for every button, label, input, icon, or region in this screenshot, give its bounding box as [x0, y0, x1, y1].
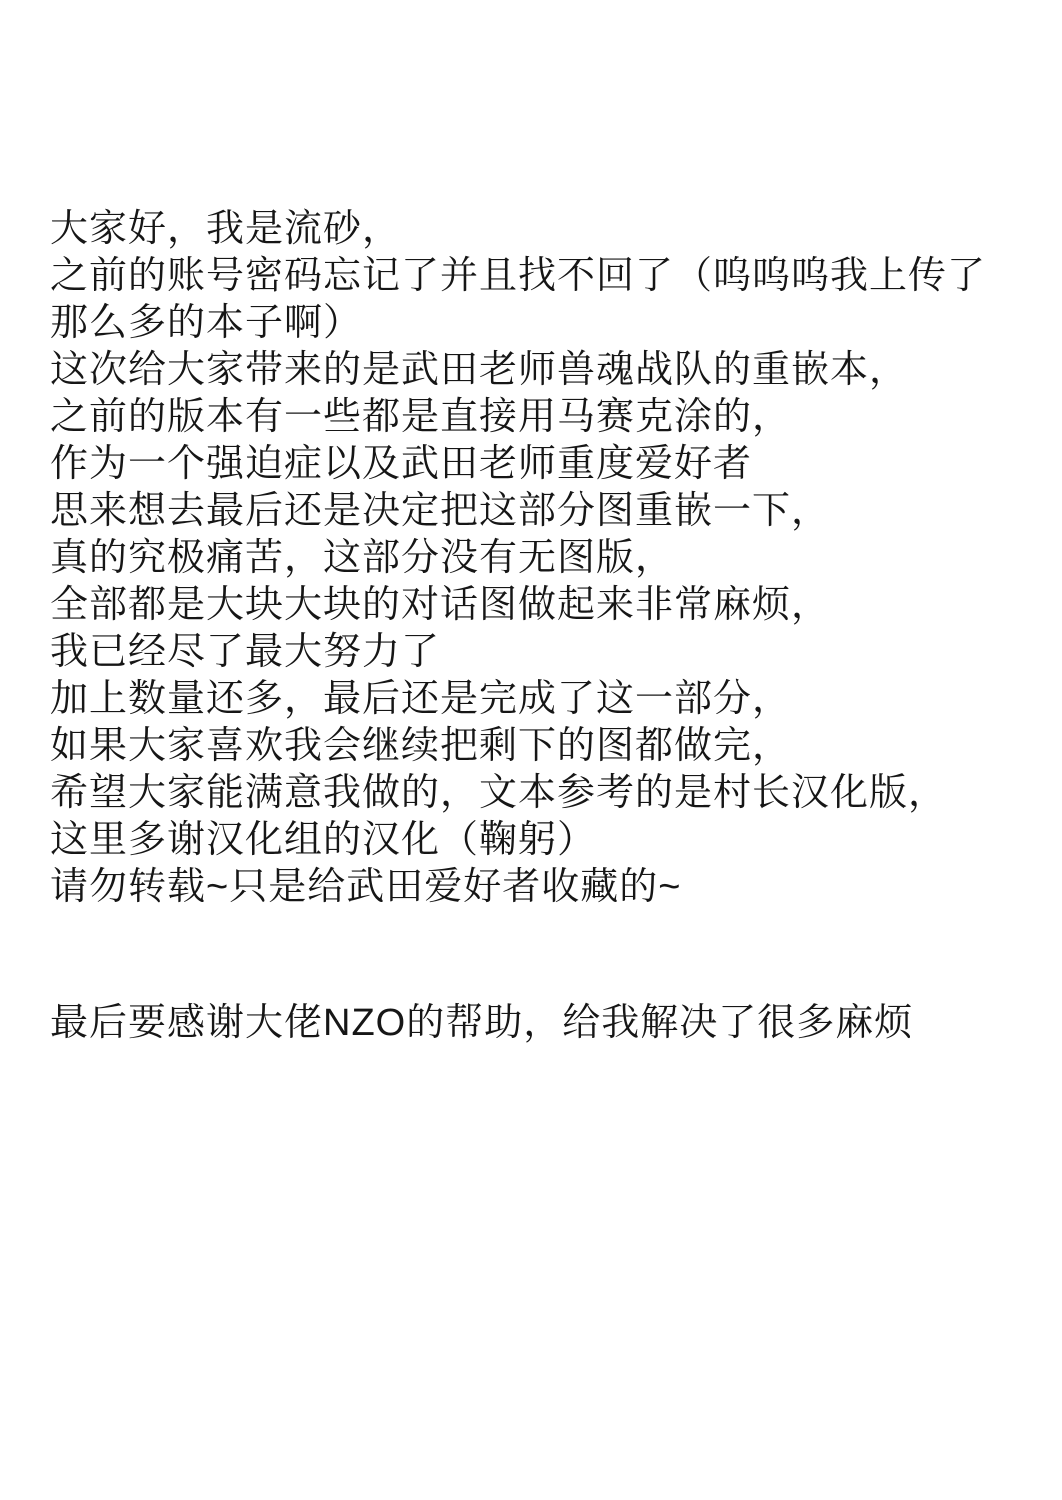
thanks-note: 最后要感谢大佬NZO的帮助，给我解决了很多麻烦: [50, 1000, 1020, 1047]
thanks-line: 最后要感谢大佬NZO的帮助，给我解决了很多麻烦: [50, 1000, 1020, 1047]
note-line: 之前的账号密码忘记了并且找不回了（呜呜呜我上传了: [50, 253, 1020, 300]
note-line: 全部都是大块大块的对话图做起来非常麻烦，: [50, 582, 1020, 629]
note-line: 那么多的本子啊）: [50, 300, 1020, 347]
note-line: 真的究极痛苦，这部分没有无图版，: [50, 535, 1020, 582]
note-line: 之前的版本有一些都是直接用马赛克涂的，: [50, 394, 1020, 441]
note-line: 加上数量还多，最后还是完成了这一部分，: [50, 676, 1020, 723]
note-line: 大家好，我是流砂，: [50, 206, 1020, 253]
note-line: 希望大家能满意我做的，文本参考的是村长汉化版，: [50, 770, 1020, 817]
note-line: 这次给大家带来的是武田老师兽魂战队的重嵌本，: [50, 347, 1020, 394]
note-line: 思来想去最后还是决定把这部分图重嵌一下，: [50, 488, 1020, 535]
note-line: 请勿转载~只是给武田爱好者收藏的~: [50, 864, 1020, 911]
document-page: 大家好，我是流砂， 之前的账号密码忘记了并且找不回了（呜呜呜我上传了 那么多的本…: [0, 0, 1062, 1500]
note-line: 我已经尽了最大努力了: [50, 629, 1020, 676]
note-line: 这里多谢汉化组的汉化（鞠躬）: [50, 817, 1020, 864]
translator-note: 大家好，我是流砂， 之前的账号密码忘记了并且找不回了（呜呜呜我上传了 那么多的本…: [50, 206, 1020, 911]
note-line: 作为一个强迫症以及武田老师重度爱好者: [50, 441, 1020, 488]
note-line: 如果大家喜欢我会继续把剩下的图都做完，: [50, 723, 1020, 770]
